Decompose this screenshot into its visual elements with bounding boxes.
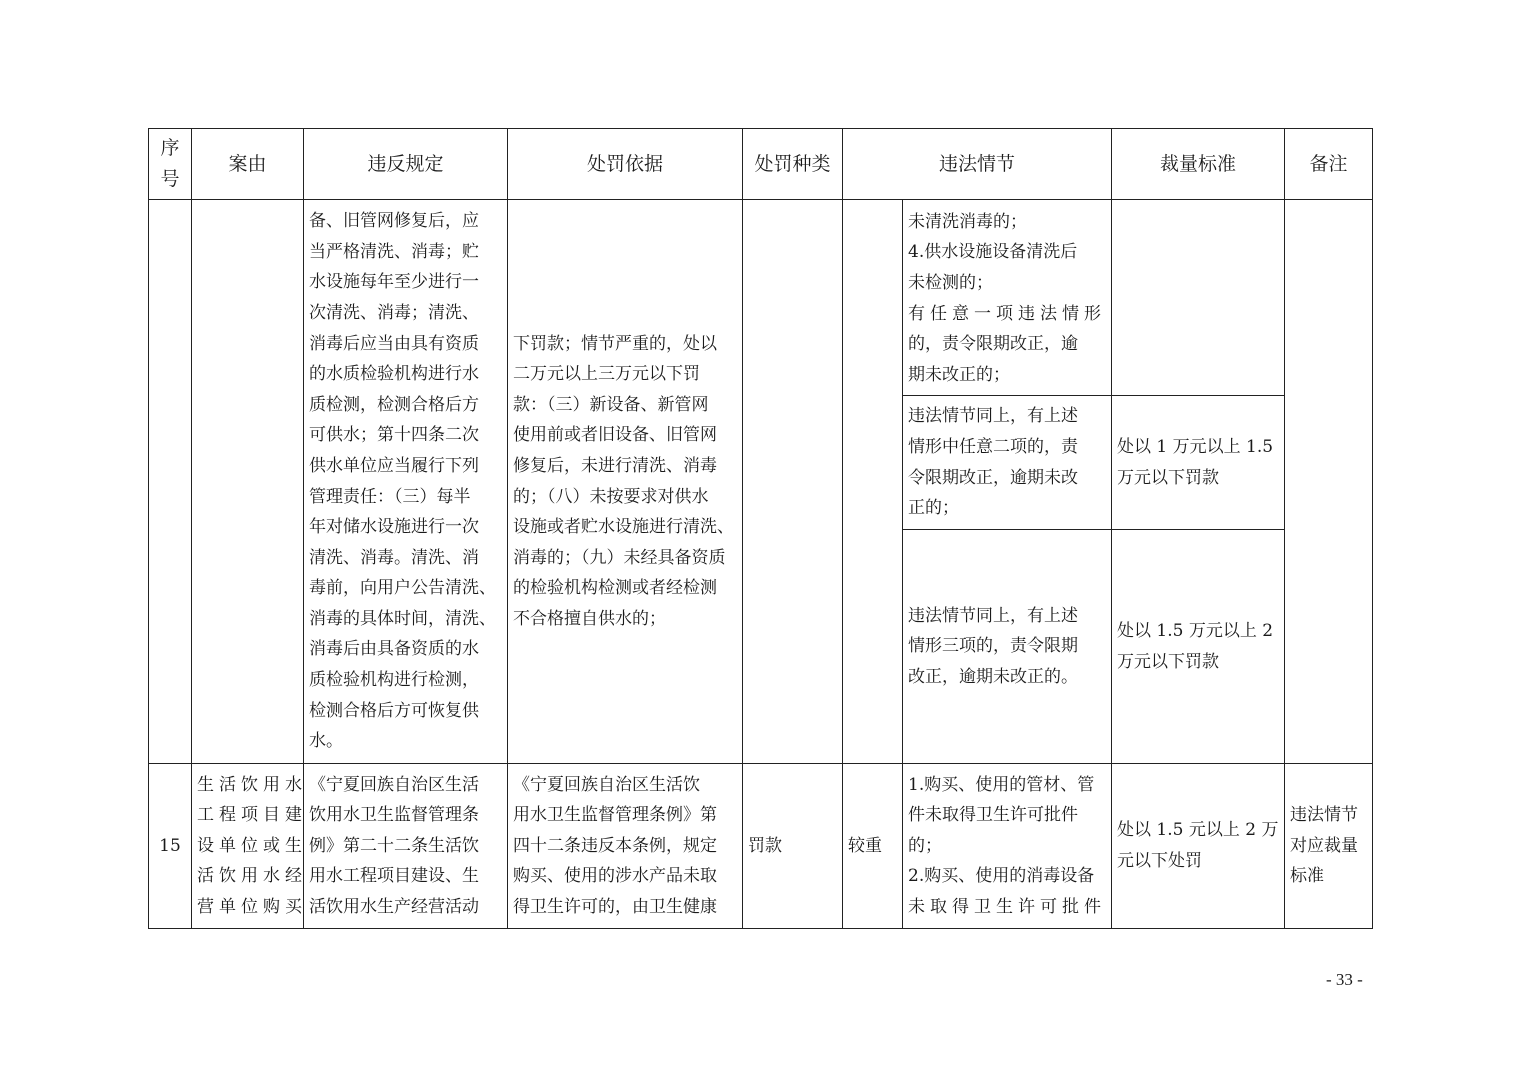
header-case: 案由 [192,129,304,200]
text-line: 标准 [1290,861,1368,892]
text-line: 违法情节同上，有上述 [908,401,1107,432]
cell-standard-3: 处以 1.5 万元以上 2 万元以下罚款 [1112,530,1285,764]
text-line: 件未取得卫生许可批件 [908,800,1107,831]
text-line: 活饮用水生产经营活动 [309,892,503,923]
text-line: 修复后，未进行清洗、消毒 [513,451,738,482]
header-penalty-type: 处罚种类 [743,129,843,200]
text-line: 令限期改正，逾期未改 [908,463,1107,494]
text-line: 《宁夏回族自治区生活饮 [513,770,738,801]
text-line: 质检验机构进行检测， [309,665,503,696]
text-line: 有任意一项违法情形 [908,299,1107,330]
cell-circumstance-2: 违法情节同上，有上述 情形中任意二项的，责 令限期改正，逾期未改 正的； [903,396,1112,530]
text-line: 期未改正的； [908,360,1107,391]
cell-standard-2: 处以 1 万元以上 1.5 万元以下罚款 [1112,396,1285,530]
text-line: 元以下处罚 [1117,846,1280,877]
cell-seq [149,200,192,764]
text-line: 检测合格后方可恢复供 [309,696,503,727]
header-penalty-basis: 处罚依据 [508,129,743,200]
text-line: 处以 1.5 万元以上 2 [1117,616,1280,647]
text-line: 毒前，向用户公告清洗、 [309,573,503,604]
text-line: 《宁夏回族自治区生活 [309,770,503,801]
text-line: 水。 [309,726,503,757]
text-line: 未检测的； [908,268,1107,299]
text-line: 四十二条违反本条例，规定 [513,831,738,862]
header-row: 序 号 案由 违反规定 处罚依据 处罚种类 违法情节 裁量标准 备注 [149,129,1373,200]
text-line: 款：（三）新设备、新管网 [513,390,738,421]
page-number: - 33 - [1326,970,1363,990]
header-seq-line: 号 [149,164,191,195]
cell-violated-rule: 《宁夏回族自治区生活 饮用水卫生监督管理条 例》第二十二条生活饮 用水工程项目建… [304,764,508,929]
table-row-continued: 备、旧管网修复后，应 当严格清洗、消毒；贮 水设施每年至少进行一 次清洗、消毒；… [149,200,1373,396]
text-line: 设单位或生 [197,831,299,862]
cell-remarks: 违法情节 对应裁量 标准 [1285,764,1373,929]
text-line: 用水工程项目建设、生 [309,861,503,892]
text-line: 万元以下罚款 [1117,463,1280,494]
text-line: 饮用水卫生监督管理条 [309,800,503,831]
cell-severity: 较重 [843,764,903,929]
text-line: 违法情节 [1290,800,1368,831]
text-line: 违法情节同上，有上述 [908,601,1107,632]
text-line: 清洗、消毒。清洗、消 [309,543,503,574]
text-line: 未清洗消毒的； [908,207,1107,238]
text-line: 处以 1 万元以上 1.5 [1117,432,1280,463]
text-line: 年对储水设施进行一次 [309,512,503,543]
text-line: 消毒的具体时间，清洗、 [309,604,503,635]
text-line: 用水卫生监督管理条例》第 [513,800,738,831]
text-line: 改正，逾期未改正的。 [908,662,1107,693]
text-line: 工程项目建 [197,800,299,831]
text-line: 的；（八）未按要求对供水 [513,482,738,513]
text-line: 可供水；第十四条二次 [309,420,503,451]
cell-case [192,200,304,764]
text-line: 当严格清洗、消毒；贮 [309,237,503,268]
text-line: 生活饮用水 [197,770,299,801]
cell-penalty-basis: 下罚款；情节严重的，处以 二万元以上三万元以下罚 款：（三）新设备、新管网 使用… [508,200,743,764]
text-line: 消毒后由具备资质的水 [309,634,503,665]
header-circumstances: 违法情节 [843,129,1112,200]
header-remarks: 备注 [1285,129,1373,200]
cell-seq: 15 [149,764,192,929]
cell-violated-rule: 备、旧管网修复后，应 当严格清洗、消毒；贮 水设施每年至少进行一 次清洗、消毒；… [304,200,508,764]
text-line: 情形中任意二项的，责 [908,432,1107,463]
cell-case: 生活饮用水 工程项目建 设单位或生 活饮用水经 营单位购买 [192,764,304,929]
text-line: 4.供水设施设备清洗后 [908,237,1107,268]
text-line: 购买、使用的涉水产品未取 [513,861,738,892]
text-line: 正的； [908,493,1107,524]
text-line: 情形三项的，责令限期 [908,631,1107,662]
text-line: 得卫生许可的，由卫生健康 [513,892,738,923]
text-line: 使用前或者旧设备、旧管网 [513,420,738,451]
text-line: 设施或者贮水设施进行清洗、 [513,512,738,543]
text-line: 对应裁量 [1290,831,1368,862]
header-seq-line: 序 [149,133,191,164]
table-row-15: 15 生活饮用水 工程项目建 设单位或生 活饮用水经 营单位购买 《宁夏回族自治… [149,764,1373,929]
cell-penalty-type: 罚款 [743,764,843,929]
cell-penalty-basis: 《宁夏回族自治区生活饮 用水卫生监督管理条例》第 四十二条违反本条例，规定 购买… [508,764,743,929]
text-line: 不合格擅自供水的； [513,604,738,635]
cell-circumstance-3: 违法情节同上，有上述 情形三项的，责令限期 改正，逾期未改正的。 [903,530,1112,764]
header-discretion-standard: 裁量标准 [1112,129,1285,200]
text-line: 质检测，检测合格后方 [309,390,503,421]
penalty-discretion-table: 序 号 案由 违反规定 处罚依据 处罚种类 违法情节 裁量标准 备注 备、旧管网… [148,128,1373,929]
text-line: 2.购买、使用的消毒设备 [908,861,1107,892]
text-line: 处以 1.5 元以上 2 万 [1117,815,1280,846]
text-line: 的水质检验机构进行水 [309,359,503,390]
text-line: 管理责任：（三）每半 [309,482,503,513]
header-seq: 序 号 [149,129,192,200]
text-line: 次清洗、消毒；清洗、 [309,298,503,329]
text-line: 水设施每年至少进行一 [309,267,503,298]
text-line: 的，责令限期改正，逾 [908,329,1107,360]
text-line: 下罚款；情节严重的，处以 [513,329,738,360]
text-line: 消毒后应当由具有资质 [309,329,503,360]
text-line: 备、旧管网修复后，应 [309,206,503,237]
text-line: 1.购买、使用的管材、管 [908,770,1107,801]
cell-circumstance-1: 未清洗消毒的； 4.供水设施设备清洗后 未检测的； 有任意一项违法情形 的，责令… [903,200,1112,396]
text-line: 未取得卫生许可批件 [908,892,1107,923]
cell-severity [843,200,903,764]
text-line: 供水单位应当履行下列 [309,451,503,482]
header-violated-rule: 违反规定 [304,129,508,200]
cell-penalty-type [743,200,843,764]
cell-circumstances: 1.购买、使用的管材、管 件未取得卫生许可批件 的； 2.购买、使用的消毒设备 … [903,764,1112,929]
text-line: 例》第二十二条生活饮 [309,831,503,862]
cell-standard-1 [1112,200,1285,396]
cell-remarks [1285,200,1373,764]
text-line: 消毒的；（九）未经具备资质 [513,543,738,574]
text-line: 的； [908,831,1107,862]
text-line: 二万元以上三万元以下罚 [513,359,738,390]
text-line: 的检验机构检测或者经检测 [513,573,738,604]
text-line: 营单位购买 [197,892,299,923]
text-line: 活饮用水经 [197,861,299,892]
cell-standard: 处以 1.5 元以上 2 万 元以下处罚 [1112,764,1285,929]
text-line: 万元以下罚款 [1117,647,1280,678]
